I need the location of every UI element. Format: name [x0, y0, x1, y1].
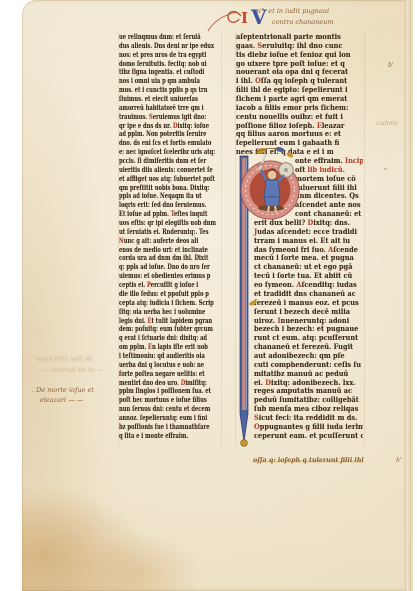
body-text: dem: poſuitq: eum ſubter qrcum [119, 324, 213, 333]
body-text: unc g ait: auferte deos ali [124, 236, 199, 245]
body-text: corda ura ad dnm dm ihl. Dixit [119, 253, 208, 262]
body-text: nos: et pres nros de tra egypti [119, 50, 206, 59]
body-text: dnm dicentes. Qs [295, 191, 359, 200]
ruling-line [221, 30, 222, 446]
body-text: ixitq: ioſue [178, 121, 209, 130]
body-text: poſſione filioz ioſeph. [236, 121, 317, 130]
body-text: eruiemus igit dno: [153, 112, 207, 121]
body-text: mus. et i cunctis pplis p qs trn [119, 85, 208, 94]
body-text: annoz. ſepelieruntq: eum i fini [119, 413, 207, 422]
body-text: t tulit lapidem pgran [151, 316, 212, 325]
body-text: trauimus. [119, 112, 149, 121]
show-through-text: de fine libri ioſue [36, 355, 93, 363]
ruling-line [364, 30, 365, 446]
body-text: pccis. ſi dimiſeritis dnm et ſer [119, 156, 206, 165]
body-text: mentiri dno deo uro. [119, 378, 181, 387]
body-text: qq filius aaron mortuus e: et [236, 129, 341, 138]
body-text: cont chananeū: et [295, 209, 361, 218]
body-text: uos eſtis: qr ipi elegiſtis uob dnm [119, 218, 216, 227]
body-text: eſtes inquit [174, 209, 207, 218]
body-text: om pplm. [119, 342, 148, 351]
book-fore-edge [403, 0, 413, 591]
body-text: ſichem i parte agri qm emerat [236, 94, 347, 103]
body-text: uiemus: et obedientes erimus p [119, 271, 210, 280]
body-text: uerba dni q locutus e uob: ne [119, 360, 204, 369]
body-text: ue relinqmus dnm: et ſeruiā [119, 33, 201, 41]
body-text: tis diebz ioſue et ſenioz qui lon [236, 50, 351, 59]
body-text: legis dni. [119, 316, 148, 325]
body-text: onte effraim. [295, 156, 345, 165]
body-text: q ſita e i monte effraim. [119, 431, 188, 440]
body-text: ceptis ei. [119, 280, 147, 289]
body-text: domo ſeruitutis. fecitq: nob ui [119, 59, 207, 68]
body-text: ſuluerunt filii ihl [295, 183, 357, 192]
body-text: nouerant oia opa dni q fecerat [236, 67, 348, 76]
body-text: die illo fedus: et ppoſuit pplo p [119, 289, 209, 298]
body-text: tibz ſigna ingentia. et cuſtodi [119, 67, 204, 76]
show-through-text: — et de heremo — [42, 366, 103, 374]
body-text: bz poſſionis ſue i thamnathſare [119, 422, 210, 431]
body-text: nun ſeruus dni: centu et decem [119, 404, 210, 413]
margin-mark: ~ [383, 166, 388, 173]
margin-note-line2: eleazari — — [40, 396, 83, 404]
body-text: nos i omni uia p qm ambula [119, 76, 200, 85]
body-text: poſt hec mortuus e ioſue filius [119, 395, 207, 404]
body-text: go uixere tpre poſt ioſue: et q [236, 59, 345, 68]
body-text: forte poſtea negare uelitis: et [119, 369, 205, 378]
body-text: et affliget uos atq: ſubuertet poſt [119, 174, 215, 183]
body-text: centu nouellis ouibz: et fuit i [236, 112, 343, 121]
body-text: q erat i ſctuario dni: dixitq: ad [119, 333, 207, 342]
margin-mark: h' [396, 457, 402, 464]
body-text: ad pplm. Non poteritis ſeruire [119, 129, 206, 138]
body-text: eruiuitq: ihl dno cunc [262, 41, 342, 50]
body-text: dus alienis. Dns deni nr ipe edux [119, 41, 214, 50]
body-text: n lapis iſte erit uob [152, 342, 208, 351]
body-text: cepta atq: iudicia i ſichem. Scrip [119, 298, 214, 307]
margin-mark: b' [388, 62, 394, 69]
body-text: ſitq: oia uerba hec i uolumine [119, 307, 205, 316]
body-text: enos de medio uri: et inclinate [119, 245, 208, 254]
body-text: uieritis diis alienis: conuertet ſe [119, 165, 213, 174]
body-text: gaas. [236, 41, 257, 50]
body-text: e: nec ignoſcet ſceleribz uris atq: [119, 147, 215, 156]
page-photo: I V a°· et in iudit pugnaui contra chana… [0, 0, 417, 591]
body-text: pplm ſinglos i poſſionem ſua. et [119, 386, 211, 395]
running-title-letter-red: I [241, 11, 248, 26]
body-text: ſcenditq: iudas [302, 280, 357, 289]
illuminated-initial-P-warrior-icon [228, 146, 300, 448]
body-text: ut ſeruiatis ei. Rnderuntq:. Tes [119, 227, 209, 236]
body-text: ſcende [333, 245, 358, 254]
rubric-text: lib iudicū. [308, 165, 345, 174]
body-text: aſeptentrionali parte montis [236, 33, 341, 41]
body-text: i ihl. [236, 76, 255, 85]
body-text: ppls ad ioſue. Neqaqm ita ut [119, 191, 202, 200]
margin-note-line1: . De morte ioſue et [32, 386, 94, 394]
body-text: mortem ioſue cō [295, 174, 356, 183]
body-text: Et ioſue ad pplm. [119, 209, 171, 218]
red-pen-flourish-icon [207, 6, 245, 32]
body-text: qr ipe e dns ds nr. [119, 121, 173, 130]
ossa-catchline: oſſa q: ioſeph q tulerunt filii ihl [253, 456, 364, 464]
body-text: i teſtimoniu: qd audieritis oia [119, 351, 205, 360]
manuscript-line: q ſita e i monte effraim. [119, 432, 194, 441]
body-text: ixitq: dns. [313, 218, 350, 227]
rubric-text: Incip [345, 156, 363, 165]
body-text: loqris erit: ſed dno ſeruiemus. [119, 200, 206, 209]
margin-mark: cadone [376, 120, 398, 127]
body-text: q: ppls ad ioſue. Dno do nro ſer [119, 262, 210, 271]
body-text: qm preſtitit uobis bona. Dixitq: [119, 183, 209, 192]
body-text: filii ihl de egipto: ſepelierunt i [236, 85, 348, 94]
body-text: ſſa qq ioſeph q tulerant [261, 76, 347, 85]
left-column: ue relinqmus dnm: et ſeruiādus alienis.… [119, 33, 220, 445]
body-text: leazar [322, 121, 344, 130]
top-gloss-line2: contra chananeum [272, 18, 334, 26]
body-text: ercuſſit g ioſue i [151, 280, 198, 289]
body-text: imiſitq: [185, 378, 207, 387]
body-text: amorreū habitatorē trre qm i [119, 103, 204, 112]
body-text: ſiuimus. et eiecit uniuerſas [119, 94, 198, 103]
top-gloss-line1: a°· et in iudit pugnaui [257, 7, 329, 15]
body-text: aſcendet ante nos [295, 200, 361, 209]
body-text: iacob a filiis emor pris ſichem: [236, 103, 348, 112]
body-text: dno. ds eni ſcs et fortis emulato [119, 138, 211, 147]
